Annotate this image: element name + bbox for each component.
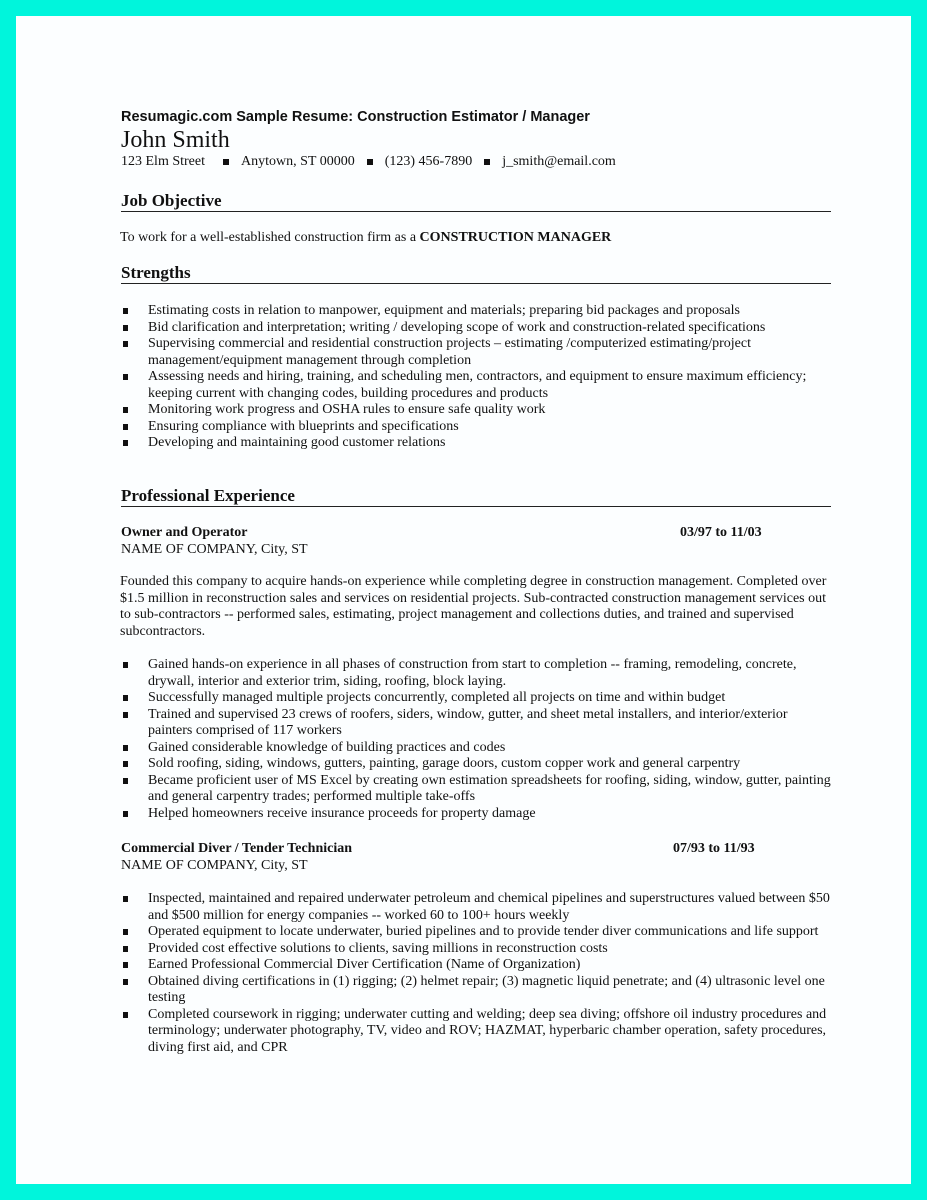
job-title: Commercial Diver / Tender Technician bbox=[121, 841, 352, 857]
resume-page: Resumagic.com Sample Resume: Constructio… bbox=[16, 16, 911, 1184]
square-bullet-icon bbox=[123, 374, 128, 380]
square-bullet-icon bbox=[123, 341, 128, 347]
bullet-item: Assessing needs and hiring, training, an… bbox=[120, 369, 835, 402]
bullet-item: Gained considerable knowledge of buildin… bbox=[120, 740, 835, 757]
square-bullet-icon bbox=[123, 1012, 128, 1018]
square-bullet-icon bbox=[223, 159, 229, 165]
bullet-text: Successfully managed multiple projects c… bbox=[148, 690, 725, 705]
bullet-item: Trained and supervised 23 crews of roofe… bbox=[120, 707, 835, 740]
bullet-text: Trained and supervised 23 crews of roofe… bbox=[148, 707, 788, 739]
bullet-text: Developing and maintaining good customer… bbox=[148, 435, 445, 450]
square-bullet-icon bbox=[123, 811, 128, 817]
bullet-text: Helped homeowners receive insurance proc… bbox=[148, 806, 536, 821]
bullet-item: Estimating costs in relation to manpower… bbox=[120, 303, 835, 320]
bullet-text: Earned Professional Commercial Diver Cer… bbox=[148, 957, 580, 972]
bullet-item: Became proficient user of MS Excel by cr… bbox=[120, 773, 835, 806]
bullet-item: Gained hands-on experience in all phases… bbox=[120, 657, 835, 690]
bullet-text: Estimating costs in relation to manpower… bbox=[148, 303, 740, 318]
bullet-text: Became proficient user of MS Excel by cr… bbox=[148, 773, 831, 805]
bullet-item: Operated equipment to locate underwater,… bbox=[120, 924, 835, 941]
objective-prefix: To work for a well-established construct… bbox=[120, 230, 420, 245]
square-bullet-icon bbox=[123, 424, 128, 430]
square-bullet-icon bbox=[123, 440, 128, 446]
bullet-text: Monitoring work progress and OSHA rules … bbox=[148, 402, 545, 417]
bullet-item: Bid clarification and interpretation; wr… bbox=[120, 320, 835, 337]
bullet-text: Ensuring compliance with blueprints and … bbox=[148, 419, 459, 434]
job-company: NAME OF COMPANY, City, ST bbox=[121, 542, 308, 558]
square-bullet-icon bbox=[123, 896, 128, 902]
objective-text: To work for a well-established construct… bbox=[120, 230, 611, 247]
contact-line: 123 Elm Street Anytown, ST 00000 (123) 4… bbox=[121, 154, 616, 170]
job-company: NAME OF COMPANY, City, ST bbox=[121, 858, 308, 874]
section-heading-objective: Job Objective bbox=[121, 191, 831, 212]
square-bullet-icon bbox=[123, 695, 128, 701]
square-bullet-icon bbox=[123, 407, 128, 413]
bullet-text: Inspected, maintained and repaired under… bbox=[148, 891, 830, 923]
bullet-item: Sold roofing, siding, windows, gutters, … bbox=[120, 756, 835, 773]
square-bullet-icon bbox=[123, 979, 128, 985]
square-bullet-icon bbox=[367, 159, 373, 165]
bullet-item: Inspected, maintained and repaired under… bbox=[120, 891, 835, 924]
bullet-text: Bid clarification and interpretation; wr… bbox=[148, 320, 765, 335]
square-bullet-icon bbox=[123, 712, 128, 718]
job-dates: 07/93 to 11/93 bbox=[673, 841, 755, 857]
section-heading-strengths: Strengths bbox=[121, 263, 831, 284]
job-achievements-list: Gained hands-on experience in all phases… bbox=[120, 657, 835, 822]
job-title: Owner and Operator bbox=[121, 525, 248, 541]
square-bullet-icon bbox=[123, 662, 128, 668]
square-bullet-icon bbox=[123, 325, 128, 331]
bullet-text: Assessing needs and hiring, training, an… bbox=[148, 369, 806, 401]
bullet-text: Sold roofing, siding, windows, gutters, … bbox=[148, 756, 740, 771]
square-bullet-icon bbox=[123, 929, 128, 935]
bullet-item: Completed coursework in rigging; underwa… bbox=[120, 1007, 835, 1057]
bullet-text: Operated equipment to locate underwater,… bbox=[148, 924, 818, 939]
contact-phone: (123) 456-7890 bbox=[385, 154, 473, 170]
candidate-name: John Smith bbox=[121, 127, 230, 154]
bullet-item: Successfully managed multiple projects c… bbox=[120, 690, 835, 707]
contact-street: 123 Elm Street bbox=[121, 154, 205, 170]
square-bullet-icon bbox=[484, 159, 490, 165]
job-description: Founded this company to acquire hands-on… bbox=[120, 574, 832, 640]
site-title: Resumagic.com Sample Resume: Constructio… bbox=[121, 109, 590, 125]
square-bullet-icon bbox=[123, 308, 128, 314]
objective-role: CONSTRUCTION MANAGER bbox=[420, 230, 612, 245]
bullet-text: Supervising commercial and residential c… bbox=[148, 336, 751, 368]
bullet-item: Monitoring work progress and OSHA rules … bbox=[120, 402, 835, 419]
job-dates: 03/97 to 11/03 bbox=[680, 525, 762, 541]
square-bullet-icon bbox=[123, 745, 128, 751]
bullet-text: Obtained diving certifications in (1) ri… bbox=[148, 974, 825, 1006]
contact-city: Anytown, ST 00000 bbox=[241, 154, 355, 170]
bullet-item: Ensuring compliance with blueprints and … bbox=[120, 419, 835, 436]
square-bullet-icon bbox=[123, 962, 128, 968]
bullet-text: Provided cost effective solutions to cli… bbox=[148, 941, 608, 956]
bullet-text: Gained considerable knowledge of buildin… bbox=[148, 740, 505, 755]
bullet-item: Helped homeowners receive insurance proc… bbox=[120, 806, 835, 823]
strengths-list: Estimating costs in relation to manpower… bbox=[120, 303, 835, 452]
bullet-item: Obtained diving certifications in (1) ri… bbox=[120, 974, 835, 1007]
bullet-item: Supervising commercial and residential c… bbox=[120, 336, 835, 369]
square-bullet-icon bbox=[123, 778, 128, 784]
bullet-item: Provided cost effective solutions to cli… bbox=[120, 941, 835, 958]
bullet-item: Developing and maintaining good customer… bbox=[120, 435, 835, 452]
contact-email[interactable]: j_smith@email.com bbox=[502, 154, 616, 170]
square-bullet-icon bbox=[123, 761, 128, 767]
job-achievements-list: Inspected, maintained and repaired under… bbox=[120, 891, 835, 1056]
square-bullet-icon bbox=[123, 946, 128, 952]
bullet-item: Earned Professional Commercial Diver Cer… bbox=[120, 957, 835, 974]
section-heading-experience: Professional Experience bbox=[121, 486, 831, 507]
bullet-text: Completed coursework in rigging; underwa… bbox=[148, 1007, 826, 1055]
bullet-text: Gained hands-on experience in all phases… bbox=[148, 657, 796, 689]
